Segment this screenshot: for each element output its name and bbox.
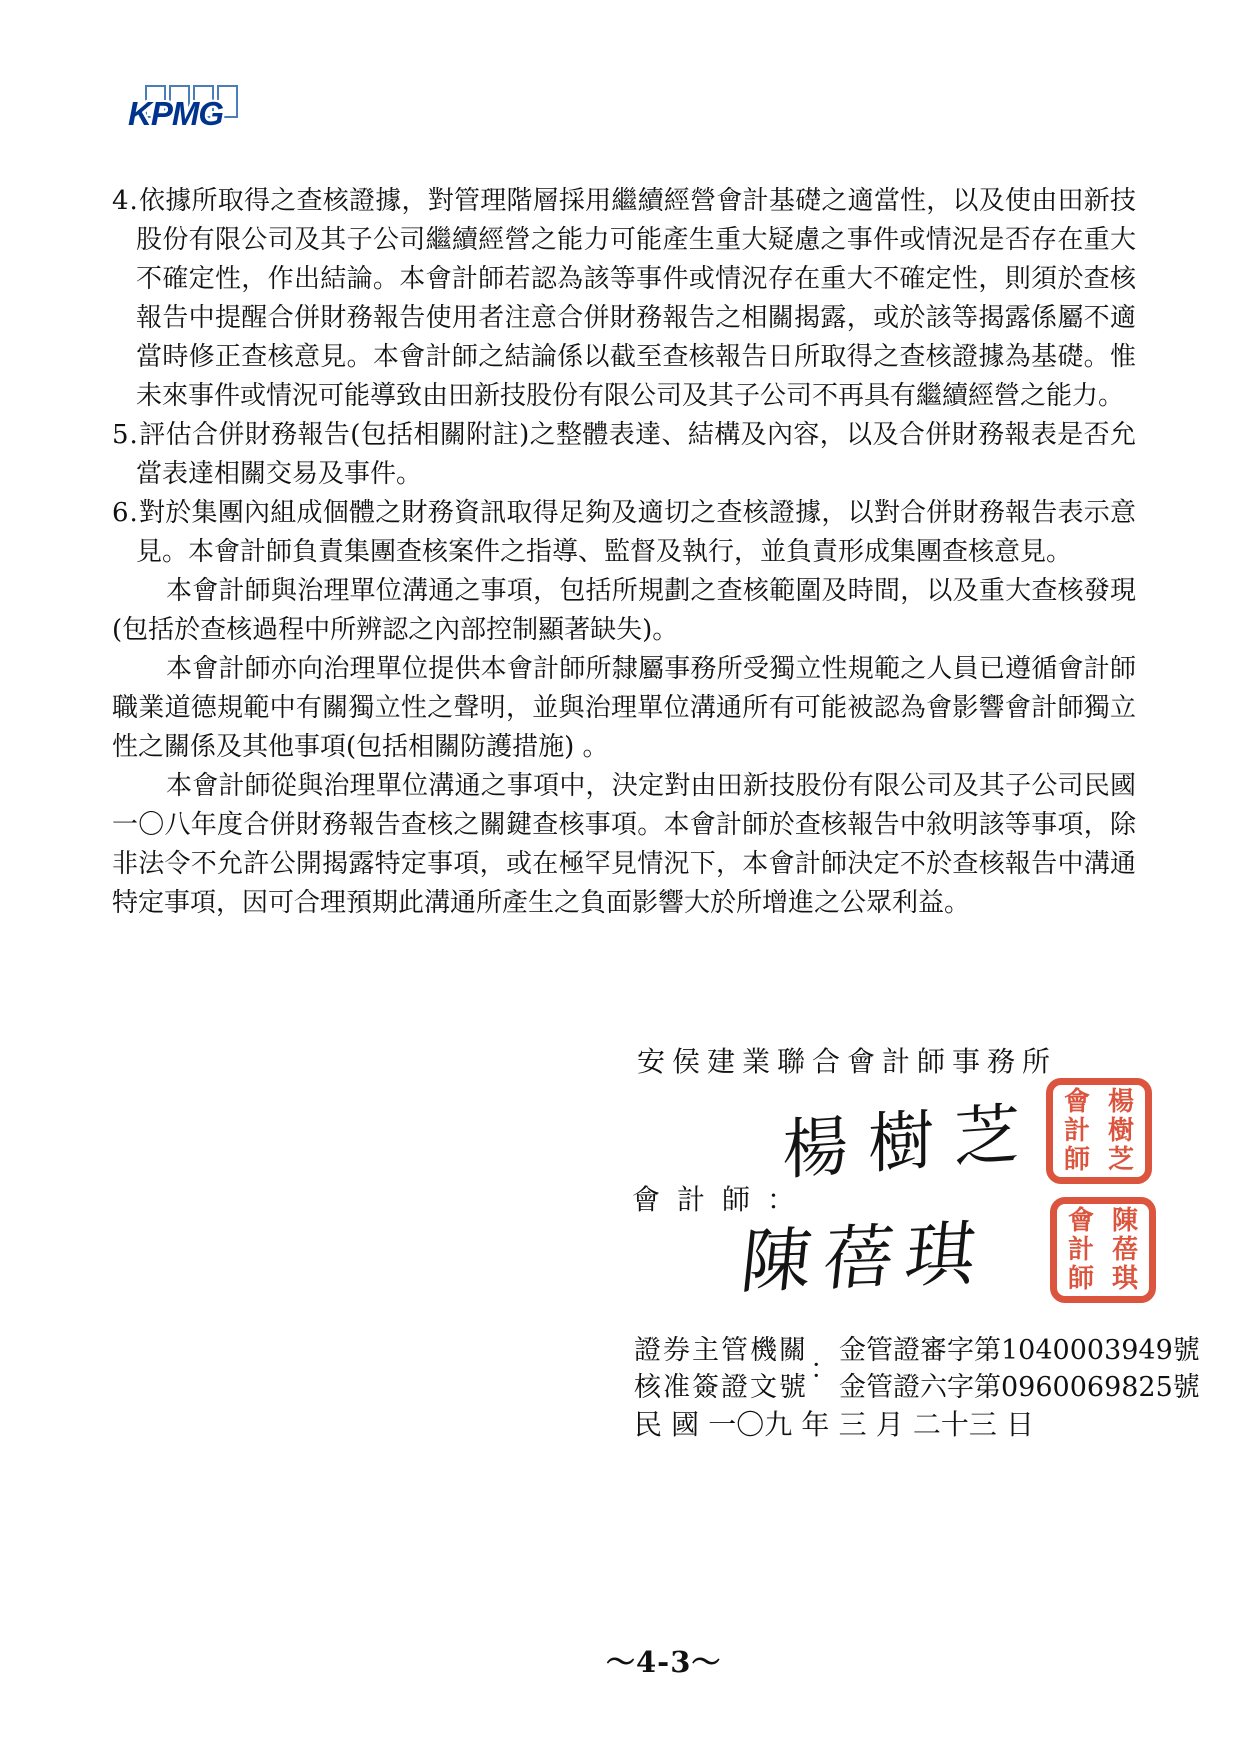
registration-colon: ： [810, 1351, 837, 1388]
signature-yang-shu-chih: 楊樹芝 [782, 1079, 1039, 1192]
list-item-5: 5.評估合併財務報告(包括相關附註)之整體表達、結構及內容，以及合併財務報表是否… [112, 416, 1136, 494]
registration-label-line1: 證券主管機關 [634, 1332, 808, 1369]
item-number: 6. [112, 498, 139, 528]
kpmg-logo-text: KPMG [128, 95, 223, 133]
seal-name-column: 楊 樹 芝 [1108, 1088, 1134, 1174]
date-part: 一〇九 [708, 1403, 792, 1443]
paragraph-communication: 本會計師與治理單位溝通之事項，包括所規劃之查核範圍及時間，以及重大查核發現(包括… [112, 572, 1136, 650]
item-number: 5. [112, 420, 139, 450]
list-item-6: 6.對於集團內組成個體之財務資訊取得足夠及適切之查核證據，以對合併財務報告表示意… [112, 494, 1136, 572]
registration-block: 證券主管機關 核准簽證文號 ： 金管證審字第1040003949號 金管證六字第… [634, 1332, 1200, 1406]
date-part: 國 [671, 1403, 699, 1443]
seal-name-column: 陳 蓓 琪 [1112, 1207, 1138, 1293]
audit-firm-name: 安侯建業聯合會計師事務所 [637, 1040, 1057, 1080]
registration-values: 金管證審字第1040003949號 金管證六字第0960069825號 [839, 1332, 1200, 1406]
kpmg-logo: KPMG [128, 85, 258, 135]
date-part: 二十三 [913, 1403, 997, 1443]
red-seal-yang-shu-chih: 楊 樹 芝 會 計 師 [1046, 1078, 1152, 1184]
seal-title-column: 會 計 師 [1064, 1088, 1090, 1174]
list-item-4: 4.依據所取得之查核證據，對管理階層採用繼續經營會計基礎之適當性，以及使由田新技… [112, 182, 1136, 416]
item-text: 依據所取得之查核證據，對管理階層採用繼續經營會計基礎之適當性，以及使由田新技股份… [136, 186, 1136, 411]
date-part: 日 [1006, 1403, 1034, 1443]
paragraph-independence: 本會計師亦向治理單位提供本會計師所隸屬事務所受獨立性規範之人員已遵循會計師職業道… [112, 650, 1136, 767]
item-text: 評估合併財務報告(包括相關附註)之整體表達、結構及內容，以及合併財務報表是否允當… [136, 420, 1136, 489]
item-text: 對於集團內組成個體之財務資訊取得足夠及適切之查核證據，以對合併財務報告表示意見。… [136, 498, 1136, 567]
seal-title-column: 會 計 師 [1068, 1207, 1094, 1293]
registration-number-2: 金管證六字第0960069825號 [839, 1369, 1200, 1406]
date-part: 年 [801, 1403, 829, 1443]
item-number: 4. [112, 186, 139, 216]
signature-chen-pei-chi: 陳蓓琪 [737, 1197, 994, 1307]
registration-number-1: 金管證審字第1040003949號 [839, 1332, 1200, 1369]
report-date: 民 國 一〇九 年 三 月 二十三 日 [634, 1403, 1034, 1443]
registration-label-line2: 核准簽證文號 [634, 1369, 808, 1406]
date-part: 民 [634, 1403, 662, 1443]
date-part: 月 [876, 1403, 904, 1443]
date-part: 三 [839, 1403, 867, 1443]
red-seal-chen-pei-chi: 陳 蓓 琪 會 計 師 [1050, 1197, 1156, 1303]
report-body: 4.依據所取得之查核證據，對管理階層採用繼續經營會計基礎之適當性，以及使由田新技… [112, 182, 1136, 923]
page-number: ～4-3～ [606, 1640, 721, 1681]
registration-labels: 證券主管機關 核准簽證文號 [634, 1332, 808, 1406]
paragraph-key-audit-matters: 本會計師從與治理單位溝通之事項中，決定對由田新技股份有限公司及其子公司民國一〇八… [112, 767, 1136, 923]
audit-report-page: KPMG 4.依據所取得之查核證據，對管理階層採用繼續經營會計基礎之適當性，以及… [0, 0, 1242, 1754]
